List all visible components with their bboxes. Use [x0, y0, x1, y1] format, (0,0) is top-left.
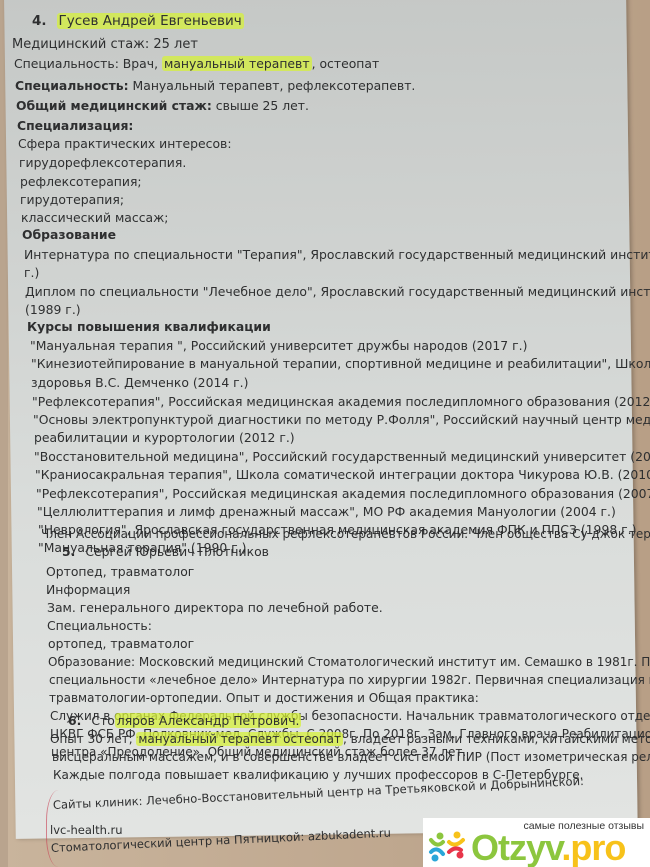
course-item: "Целлюлиттерапия и лимф дренажный массаж…	[37, 506, 616, 518]
course-item: "Основы электропунктурой диагностики по …	[33, 414, 650, 426]
specialty-highlight: мануальный терапевт остеопат	[136, 732, 343, 746]
course-item: "Восстановительной медицина", Российский…	[34, 451, 650, 463]
course-item: "Рефлексотерапия", Российская медицинска…	[32, 396, 650, 408]
doctor-name: Гусев Андрей Евгеньевич	[57, 13, 244, 29]
clinic-site-link[interactable]: lvc-health.ru	[50, 825, 123, 837]
doctor-5-line: Зам. генерального директора по лечебной …	[47, 602, 383, 614]
interest-item: гирудорефлексотерапия.	[19, 157, 186, 169]
otzyv-logo-icon	[427, 830, 467, 866]
specialty-highlight: мануальный терапевт	[162, 56, 312, 71]
doctor-4-heading: 4.Гусев Андрей Евгеньевич	[32, 15, 244, 29]
doctor-name: ляров Александр Петрович.	[115, 713, 302, 728]
experience: Медицинский стаж: 25 лет	[12, 38, 198, 51]
doctor-5-line: специальности «лечебное дело» Интернатур…	[49, 674, 650, 686]
doctor-5-line: Образование: Московский медицинский Стом…	[48, 656, 650, 668]
doctor-5-line: травматологии-ортопедии. Опыт и достижен…	[49, 692, 479, 704]
document-page: 4.Гусев Андрей Евгеньевич Медицинский ст…	[0, 0, 650, 867]
total-experience: Общий медицинский стаж: свыше 25 лет.	[16, 100, 309, 112]
course-item: "Краниосакральная терапия", Школа сомати…	[35, 469, 650, 481]
course-item: "Кинезиотейпирование в мануальной терапи…	[31, 358, 650, 370]
course-item: реабилитации и курортологии (2012 г.)	[34, 432, 295, 444]
course-item: здоровья В.С. Демченко (2014 г.)	[31, 377, 248, 389]
doctor-5-heading: 5.Сергей Юрьевич Плотников	[62, 546, 269, 558]
doctor-6-line: Опыт 30 лет, мануальный терапевт остеопа…	[50, 733, 650, 745]
specialty-line: Специальность: Врач, мануальный терапевт…	[14, 58, 379, 70]
education-item: Интернатура по специальности "Терапия", …	[24, 249, 650, 261]
doctor-5-line: Специальность:	[47, 620, 152, 632]
interest-item: рефлексотерапия;	[20, 176, 142, 188]
interest-item: гирудотерапия;	[20, 194, 124, 206]
doctor-6-line: висцеральным массажем, и в совершенстве …	[52, 751, 650, 763]
education-item: Диплом по специальности "Лечебное дело",…	[25, 286, 650, 298]
courses-heading: Курсы повышения квалификации	[27, 321, 271, 333]
education-item: г.)	[24, 267, 39, 279]
interest-item: Сфера практических интересов:	[18, 138, 232, 150]
specialty-2: Специальность: Мануальный терапевт, рефл…	[15, 80, 415, 92]
education-item: (1989 г.)	[25, 304, 81, 316]
doctor-name: Сергей Юрьевич Плотников	[85, 544, 269, 559]
education-heading: Образование	[22, 229, 116, 241]
doctor-5-line: Ортопед, травматолог	[46, 566, 194, 578]
doctor-5-line: Информация	[46, 584, 130, 596]
doctor-6-heading: 6.Столяров Александр Петрович.	[68, 715, 301, 727]
interest-item: классический массаж;	[21, 212, 168, 224]
membership-text: Член Ассоциации профессиональных рефлекс…	[41, 528, 650, 540]
doctor-5-line: ортопед, травматолог	[48, 638, 194, 650]
otzyv-watermark[interactable]: самые полезные отзывы Otzyv.pro	[423, 818, 650, 867]
course-item: "Рефлексотерапия", Российская медицинска…	[36, 488, 650, 500]
specialization-heading: Специализация:	[17, 120, 133, 132]
doctor-number: 4.	[32, 15, 47, 29]
watermark-brand: Otzyv.pro	[471, 830, 625, 866]
course-item: "Мануальная терапия ", Российский универ…	[30, 340, 527, 352]
